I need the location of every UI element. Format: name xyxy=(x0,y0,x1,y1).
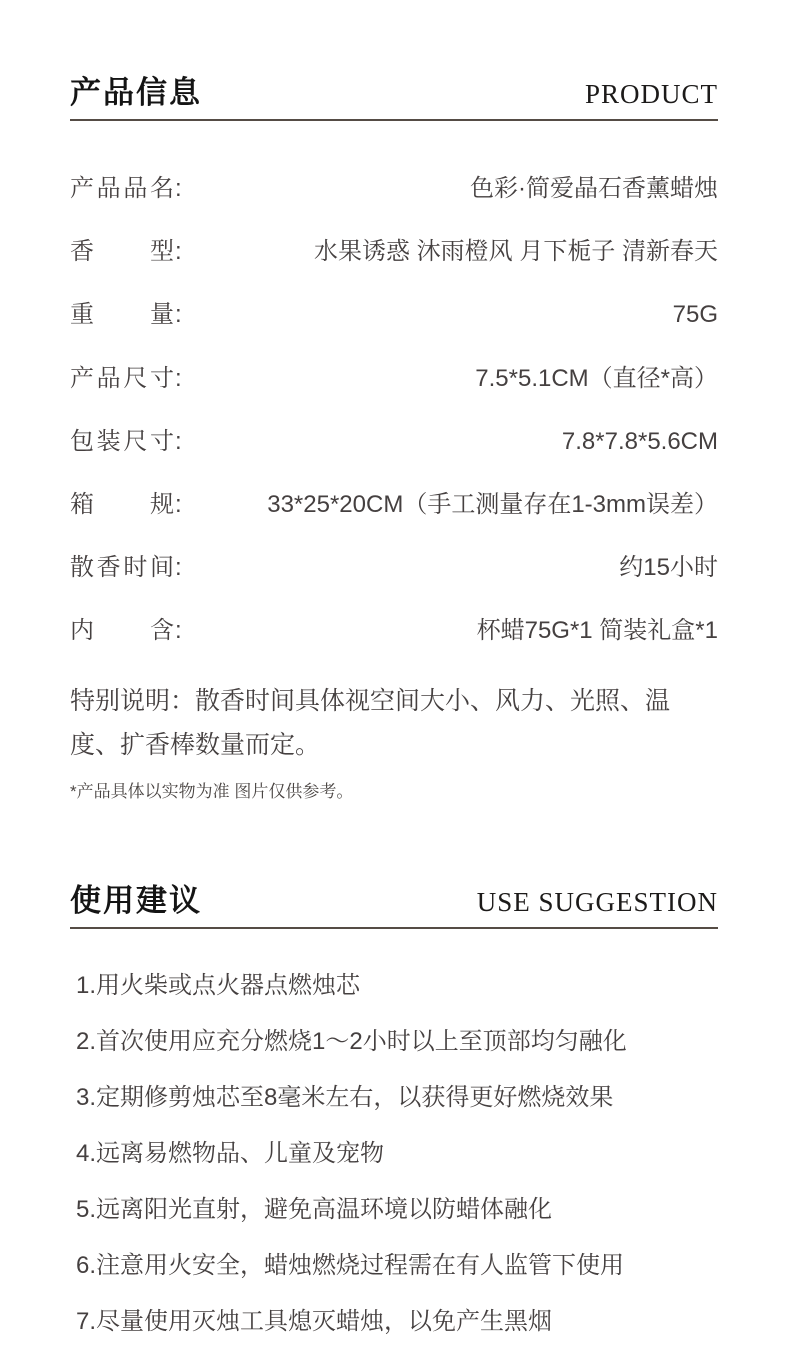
spec-row-carton-spec: 箱规: 33*25*20CM（手工测量存在1-3mm误差） xyxy=(70,489,718,520)
special-note: 特别说明：散香时间具体视空间大小、风力、光照、温度、扩香棒数量而定。 xyxy=(70,679,718,767)
usage-tip-5: 5.远离阳光直射，避免高温环境以防蜡体融化 xyxy=(70,1195,718,1225)
spec-row-contents: 内含: 杯蜡75G*1 简装礼盒*1 xyxy=(70,615,718,646)
usage-section-header: 使用建议 USE SUGGESTION xyxy=(70,884,718,929)
spec-row-product-name: 产品品名: 色彩·简爱晶石香薰蜡烛 xyxy=(70,173,718,204)
product-section-title-cn: 产品信息 xyxy=(70,76,202,110)
spec-label: 包装尺寸: xyxy=(70,426,182,457)
spec-row-package-size: 包装尺寸: 7.8*7.8*5.6CM xyxy=(70,426,718,457)
colon: : xyxy=(175,615,182,646)
usage-tip-2: 2.首次使用应充分燃烧1～2小时以上至顶部均匀融化 xyxy=(70,1027,718,1057)
usage-tip-6: 6.注意用火安全，蜡烛燃烧过程需在有人监管下使用 xyxy=(70,1251,718,1281)
usage-tip-1: 1.用火柴或点火器点燃烛芯 xyxy=(70,971,718,1001)
spec-label: 香型: xyxy=(70,236,182,267)
usage-tip-7: 7.尽量使用灭烛工具熄灭蜡烛，以免产生黑烟 xyxy=(70,1307,718,1337)
spec-value: 水果诱惑 沐雨橙风 月下栀子 清新春天 xyxy=(194,236,718,267)
product-info-page: 产品信息 PRODUCT 产品品名: 色彩·简爱晶石香薰蜡烛 香型: 水果诱惑 … xyxy=(0,0,790,1345)
spec-label: 箱规: xyxy=(70,489,182,520)
spec-value: 约15小时 xyxy=(194,552,718,583)
colon: : xyxy=(175,236,182,267)
spec-row-product-size: 产品尺寸: 7.5*5.1CM（直径*高） xyxy=(70,363,718,394)
spec-row-scent-type: 香型: 水果诱惑 沐雨橙风 月下栀子 清新春天 xyxy=(70,236,718,267)
usage-section-title-en: USE SUGGESTION xyxy=(477,888,718,918)
colon: : xyxy=(175,299,182,330)
colon: : xyxy=(175,363,182,394)
usage-section-title-cn: 使用建议 xyxy=(70,884,202,918)
spec-row-weight: 重量: 75G xyxy=(70,299,718,330)
spec-label: 内含: xyxy=(70,615,182,646)
usage-tip-4: 4.远离易燃物品、儿童及宠物 xyxy=(70,1139,718,1169)
spec-label: 产品尺寸: xyxy=(70,363,182,394)
spec-value: 75G xyxy=(194,299,718,330)
spec-label: 重量: xyxy=(70,299,182,330)
spec-label: 散香时间: xyxy=(70,552,182,583)
spec-value: 33*25*20CM（手工测量存在1-3mm误差） xyxy=(194,489,718,520)
colon: : xyxy=(175,426,182,457)
colon: : xyxy=(175,173,182,204)
colon: : xyxy=(175,552,182,583)
usage-tip-3: 3.定期修剪烛芯至8毫米左右，以获得更好燃烧效果 xyxy=(70,1083,718,1113)
colon: : xyxy=(175,489,182,520)
footnote-disclaimer: *产品具体以实物为准 图片仅供参考。 xyxy=(70,777,718,802)
product-section-title-en: PRODUCT xyxy=(585,80,718,110)
spec-value: 7.8*7.8*5.6CM xyxy=(194,426,718,457)
product-spec-list: 产品品名: 色彩·简爱晶石香薰蜡烛 香型: 水果诱惑 沐雨橙风 月下栀子 清新春… xyxy=(70,173,718,647)
spec-value: 杯蜡75G*1 简装礼盒*1 xyxy=(194,615,718,646)
spec-value: 7.5*5.1CM（直径*高） xyxy=(194,363,718,394)
spec-row-scent-duration: 散香时间: 约15小时 xyxy=(70,552,718,583)
product-section-header: 产品信息 PRODUCT xyxy=(70,76,718,121)
spec-label: 产品品名: xyxy=(70,173,182,204)
spec-value: 色彩·简爱晶石香薰蜡烛 xyxy=(194,173,718,204)
usage-tips-list: 1.用火柴或点火器点燃烛芯 2.首次使用应充分燃烧1～2小时以上至顶部均匀融化 … xyxy=(70,971,718,1337)
